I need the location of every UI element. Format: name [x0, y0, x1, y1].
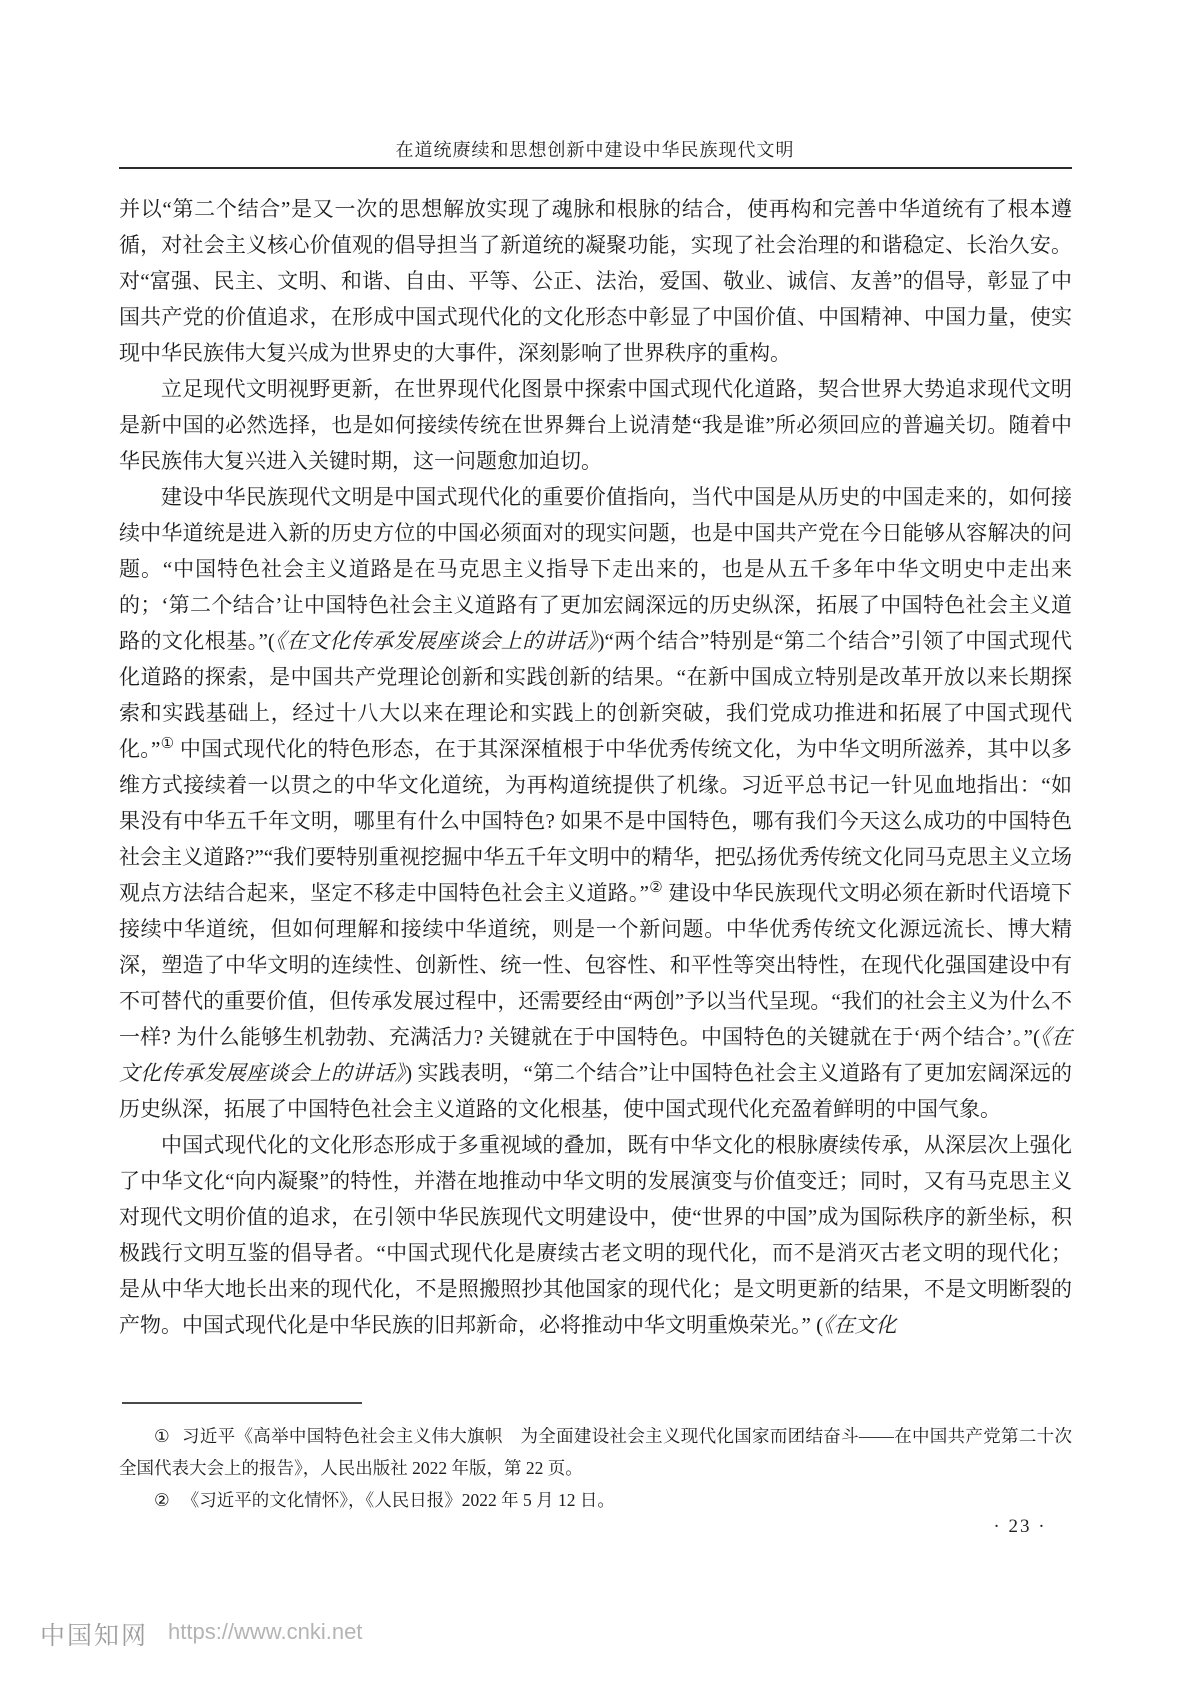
paragraph: 立足现代文明视野更新，在世界现代化图景中探索中国式现代化道路，契合世界大势追求现…: [119, 371, 1072, 479]
footnote-reference: ①: [160, 736, 174, 752]
footnote-item: ②《习近平的文化情怀》，《人民日报》2022 年 5 月 12 日。: [119, 1484, 1072, 1516]
text-segment: 建设中华民族现代文明是中国式现代化的重要价值指向，当代中国是从历史的中国走来的，…: [119, 485, 1072, 653]
text-segment: 中国式现代化的特色形态，在于其深深植根于中华优秀传统文化，为中华文明所滋养，其中…: [119, 737, 1072, 905]
footnote-text: 《习近平的文化情怀》，《人民日报》2022 年 5 月 12 日。: [182, 1490, 615, 1510]
citation-text: 《在文化传承发展座谈会上的讲话》: [275, 629, 598, 653]
cnki-footer: 中国知网 https://www.cnki.net: [0, 1600, 1190, 1683]
text-segment: 中国式现代化的文化形态形成于多重视域的叠加，既有中华文化的根脉赓续传承，从深层次…: [119, 1133, 1072, 1337]
footnote-item: ①习近平《高举中国特色社会主义伟大旗帜 为全面建设社会主义现代化国家而团结奋斗—…: [119, 1420, 1072, 1484]
paragraph: 建设中华民族现代文明是中国式现代化的重要价值指向，当代中国是从历史的中国走来的，…: [119, 479, 1072, 1127]
document-page: 在道统赓续和思想创新中建设中华民族现代文明 并以“第二个结合”是又一次的思想解放…: [0, 0, 1190, 1683]
article-body: 并以“第二个结合”是又一次的思想解放实现了魂脉和根脉的结合，使再构和完善中华道统…: [119, 191, 1072, 1343]
running-header-title: 在道统赓续和思想创新中建设中华民族现代文明: [0, 136, 1190, 162]
footnote-text: 习近平《高举中国特色社会主义伟大旗帜 为全面建设社会主义现代化国家而团结奋斗——…: [119, 1426, 1072, 1478]
footnote-reference: ②: [649, 880, 663, 896]
text-segment: 并以“第二个结合”是又一次的思想解放实现了魂脉和根脉的结合，使再构和完善中华道统…: [119, 197, 1072, 365]
paragraph: 中国式现代化的文化形态形成于多重视域的叠加，既有中华文化的根脉赓续传承，从深层次…: [119, 1127, 1072, 1343]
footnote-marker: ②: [154, 1490, 170, 1510]
text-segment: 立足现代文明视野更新，在世界现代化图景中探索中国式现代化道路，契合世界大势追求现…: [119, 377, 1072, 473]
footnotes-block: ①习近平《高举中国特色社会主义伟大旗帜 为全面建设社会主义现代化国家而团结奋斗—…: [119, 1420, 1072, 1516]
cnki-logo-text: 中国知网: [40, 1616, 148, 1652]
citation-text: 《在文化: [823, 1313, 897, 1337]
text-segment: 建设中华民族现代文明必须在新时代语境下接续中华道统，但如何理解和接续中华道统，则…: [119, 881, 1072, 1049]
header-rule: [119, 167, 1072, 169]
cnki-url-link[interactable]: https://www.cnki.net: [168, 1619, 362, 1645]
footnote-marker: ①: [154, 1426, 170, 1446]
footnote-separator: [122, 1402, 362, 1404]
page-number: · 23 ·: [940, 1516, 1100, 1538]
paragraph: 并以“第二个结合”是又一次的思想解放实现了魂脉和根脉的结合，使再构和完善中华道统…: [119, 191, 1072, 371]
